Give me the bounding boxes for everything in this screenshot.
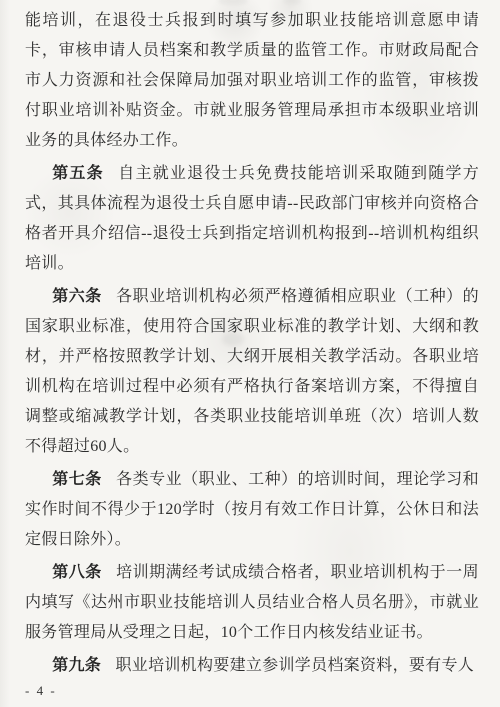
paragraph-article-7: 第七条各类专业（职业、工种）的培训时间，理论学习和实作时间不得少于120学时（按… bbox=[25, 465, 479, 555]
paragraph-text: 各职业培训机构必须严格遵循相应职业（工种）的国家职业标准，使用符合国家职业标准的… bbox=[25, 288, 479, 455]
article-number: 第九条 bbox=[52, 657, 101, 674]
paragraph-article-6: 第六条各职业培训机构必须严格遵循相应职业（工种）的国家职业标准，使用符合国家职业… bbox=[25, 282, 479, 462]
scan-artifact bbox=[218, 0, 248, 5]
article-number: 第六条 bbox=[52, 288, 102, 305]
paragraph-text: 职业培训机构要建立参训学员档案资料，要有专人 bbox=[115, 657, 474, 674]
scan-artifact bbox=[283, 0, 301, 4]
scanned-document-page: { "document": { "background_color": "#f6… bbox=[0, 0, 500, 707]
paragraph-article-8: 第八条培训期满经考试成绩合格者，职业培训机构于一周内填写《达州市职业技能培训人员… bbox=[25, 558, 479, 648]
article-number: 第五条 bbox=[52, 165, 104, 182]
page-number: - 4 - bbox=[25, 683, 57, 699]
paragraph-text: 能培训，在退役士兵报到时填写参加职业技能培训意愿申请卡，审核申请人员档案和教学质… bbox=[25, 12, 479, 149]
document-body: 能培训，在退役士兵报到时填写参加职业技能培训意愿申请卡，审核申请人员档案和教学质… bbox=[25, 6, 479, 684]
paragraph-article-5: 第五条自主就业退役士兵免费技能培训采取随到随学方式，其具体流程为退役士兵自愿申请… bbox=[25, 159, 479, 279]
paragraph-continuation: 能培训，在退役士兵报到时填写参加职业技能培训意愿申请卡，审核申请人员档案和教学质… bbox=[25, 6, 479, 156]
article-number: 第八条 bbox=[52, 564, 102, 581]
article-number: 第七条 bbox=[52, 471, 102, 488]
paragraph-article-9: 第九条职业培训机构要建立参训学员档案资料，要有专人 bbox=[25, 651, 479, 681]
